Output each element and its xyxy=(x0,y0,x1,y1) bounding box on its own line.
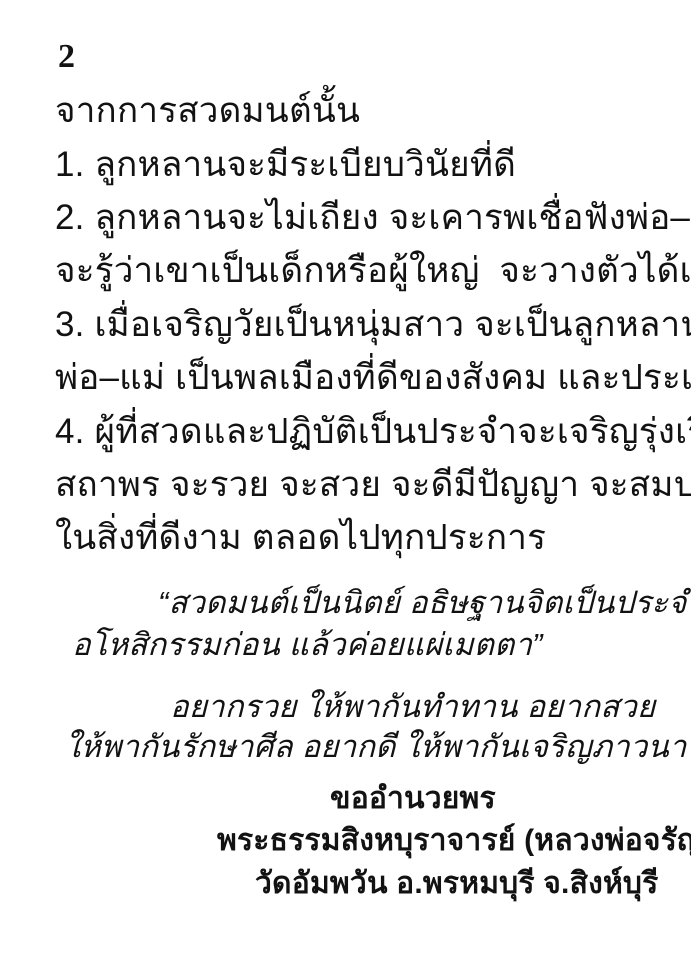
benefit-1-line-1: 1. ลูกหลานจะมีระเบียบวินัยที่ดี xyxy=(55,146,516,185)
benefit-2-line-2: จะรู้ว่าเขาเป็นเด็กหรือผู้ใหญ่ จะวางตัวไ… xyxy=(55,252,691,291)
signature-author: พระธรรมสิงหบุราจารย์ (หลวงพ่อจรัญ) xyxy=(217,824,691,857)
benefit-4-line-2: สถาพร จะรวย จะสวย จะดีมีปัญญา จะสมประสงค… xyxy=(55,466,691,505)
benefit-4-line-1: 4. ผู้ที่สวดและปฏิบัติเป็นประจำจะเจริญรุ… xyxy=(55,413,691,452)
intro-line: จากการสวดมนต์นั้น xyxy=(55,92,360,131)
verse-line-1: อยากรวย ให้พากันทำทาน อยากสวย xyxy=(170,690,655,724)
benefit-3-line-2: พ่อ–แม่ เป็นพลเมืองที่ดีของสังคม และประเ… xyxy=(55,359,691,398)
benefit-4-line-3: ในสิ่งที่ดีงาม ตลอดไปทุกประการ xyxy=(55,519,546,558)
page-number: 2 xyxy=(58,38,75,75)
verse-line-2: ให้พากันรักษาศีล อยากดี ให้พากันเจริญภาว… xyxy=(65,730,686,764)
quote-line-1: “สวดมนต์เป็นนิตย์ อธิษฐานจิตเป็นประจำ xyxy=(158,586,691,620)
signature-temple: วัดอัมพวัน อ.พรหมบุรี จ.สิงห์บุรี xyxy=(255,867,658,900)
book-page: 2 จากการสวดมนต์นั้น 1. ลูกหลานจะมีระเบีย… xyxy=(0,0,691,960)
quote-line-2: อโหสิกรรมก่อน แล้วค่อยแผ่เมตตา” xyxy=(72,628,543,662)
signature-blessing: ขออำนวยพร xyxy=(330,782,496,815)
benefit-2-line-1: 2. ลูกหลานจะไม่เถียง จะเคารพเชื่อฟังพ่อ–… xyxy=(55,199,691,238)
benefit-3-line-1: 3. เมื่อเจริญวัยเป็นหนุ่มสาว จะเป็นลูกหล… xyxy=(55,306,691,345)
